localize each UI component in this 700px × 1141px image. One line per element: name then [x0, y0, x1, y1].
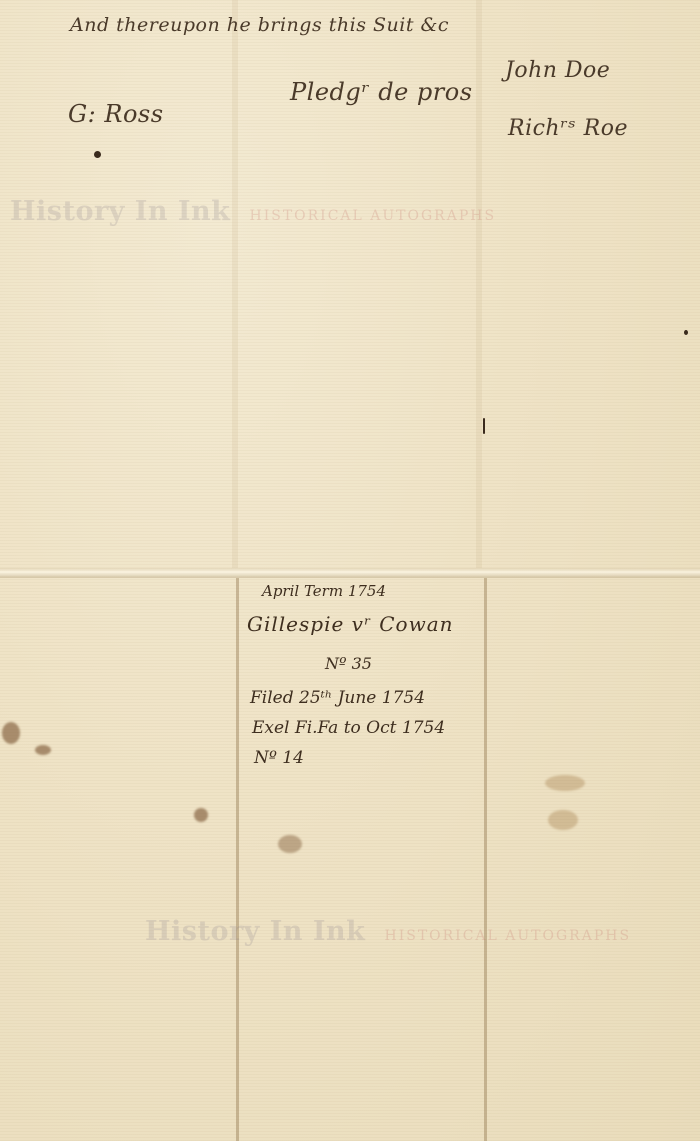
ink-stain: [194, 808, 208, 822]
ink-mark: [483, 418, 485, 434]
pledges-label: Pledgʳ de pros: [290, 78, 473, 106]
fold-crease-upper-left: [232, 0, 238, 568]
docket-case-name: Gillespie vʳ Cowan: [247, 612, 454, 636]
handwritten-line-suit: And thereupon he brings this Suit &c: [70, 14, 449, 36]
fold-crease-horizontal: [0, 568, 700, 578]
ink-dot: [684, 330, 688, 335]
fold-crease-lower-right: [484, 578, 487, 1141]
docket-number: Nº 35: [325, 654, 372, 673]
fold-crease-lower-left: [236, 578, 239, 1141]
docket-term: April Term 1754: [262, 582, 386, 600]
ink-stain: [2, 722, 20, 744]
ink-stain: [35, 745, 51, 755]
docket-number-2: Nº 14: [254, 748, 304, 768]
ink-stain: [278, 835, 302, 853]
docket-execution: Exel Fi.Fa to Oct 1754: [252, 718, 445, 738]
ink-dot: [94, 151, 101, 158]
signature-ross: G: Ross: [68, 100, 164, 128]
foxing-stain: [548, 810, 578, 830]
pledge-name-john-doe: John Doe: [505, 58, 610, 83]
pledge-name-richard-roe: Richʳˢ Roe: [508, 116, 628, 141]
foxing-stain: [545, 775, 585, 791]
docket-filed-date: Filed 25ᵗʰ June 1754: [250, 688, 425, 708]
fold-crease-upper-right: [476, 0, 482, 568]
